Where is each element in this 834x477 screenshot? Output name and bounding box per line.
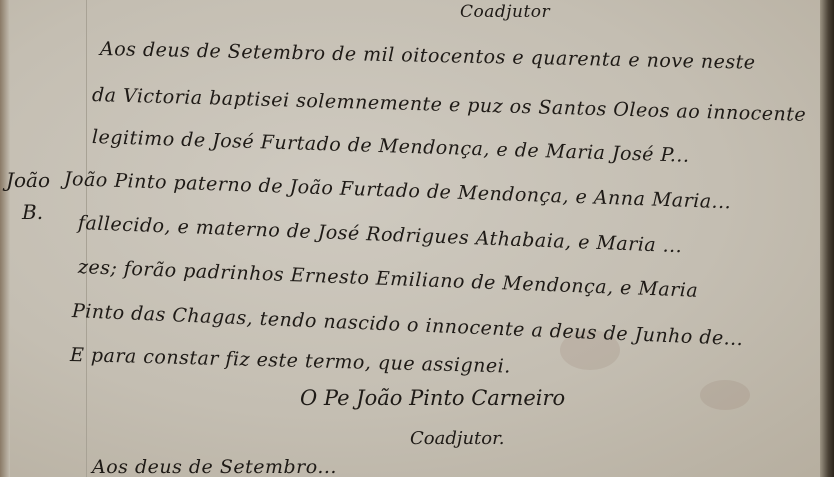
entry-line-6: zes; forão padrinhos Ernesto Emiliano de… bbox=[78, 256, 699, 302]
signature-name: O Pe João Pinto Carneiro bbox=[300, 386, 565, 410]
entry-line-7: Pinto das Chagas, tendo nascido o innoce… bbox=[72, 300, 744, 350]
margin-rule bbox=[86, 0, 87, 477]
signature-title: Coadjutor. bbox=[410, 428, 504, 449]
entry-line-4: João Pinto paterno de João Furtado de Me… bbox=[64, 168, 732, 213]
page-left-edge bbox=[0, 0, 10, 477]
book-spine-edge bbox=[820, 0, 834, 477]
entry-line-8: E para constar fiz este termo, que assig… bbox=[70, 344, 511, 378]
next-entry-start: Aos deus de Setembro... bbox=[92, 456, 337, 477]
margin-note-name: João bbox=[6, 168, 50, 192]
manuscript-page: Coadjutor Aos deus de Setembro de mil oi… bbox=[0, 0, 834, 477]
entry-line-1: Aos deus de Setembro de mil oitocentos e… bbox=[100, 38, 756, 74]
top-heading: Coadjutor bbox=[460, 2, 550, 22]
entry-line-3: legitimo de José Furtado de Mendonça, e … bbox=[92, 126, 690, 167]
entry-line-2: da Victoria baptisei solemnemente e puz … bbox=[92, 84, 807, 126]
ink-smudge bbox=[700, 380, 750, 410]
entry-line-5: fallecido, e materno de José Rodrigues A… bbox=[78, 212, 683, 257]
margin-note-mark: B. bbox=[22, 200, 43, 224]
